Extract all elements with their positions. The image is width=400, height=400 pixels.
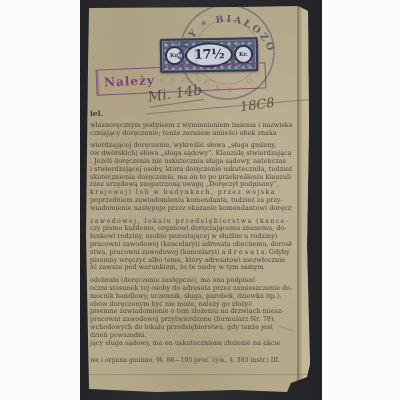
text-line: pisemny wręczyć albo temu, który adresat… (90, 257, 292, 265)
text-line: jący sługa sądowy, ma on uskutecznione z… (90, 340, 292, 348)
text-line: . Jeżeli doręczenia nie uskutecznia sług… (90, 158, 292, 166)
text-line: pisemne zawiadomienie o tem złożeniu na … (90, 308, 292, 316)
document-text-block: iel. własnoręcznym podpisem z wymienieni… (90, 110, 292, 365)
text-line: odebrała (doręczenie zastępcze), ma ona … (90, 277, 292, 285)
paper-fragment: iel. własnoręcznym podpisem z wymienieni… (86, 6, 310, 392)
text-line: łankowi rodziny, osobie pozostającej w s… (90, 233, 292, 241)
handstamp-text: Należy (104, 73, 155, 89)
text-line: poprzedniem zawiadomieniu komendanta, tu… (90, 197, 292, 205)
text-line: rzez urzędową zaopatrzoną uwagę „Doręczy… (90, 181, 292, 189)
text-line: ść zawsze pod warunkiem, że te osoby w t… (90, 264, 292, 272)
text-line: krajowej) lub w budynkach, przez wojska (90, 189, 292, 197)
text-line: czniający doręczenie; tenże zarazem umie… (90, 130, 292, 138)
text-line: pracowni zawodowej przytwierdzone (formu… (90, 316, 292, 324)
handstamp-faded-text: « o r: c … (159, 73, 218, 85)
text-line: wiadomienie następuje przez okazanie kom… (90, 205, 292, 213)
text-line: dzień powszedni. (90, 332, 292, 340)
text-line: wierdzającej doręczenie, wykreślić słowa… (90, 142, 292, 150)
horizontal-crease (86, 374, 310, 375)
text-line: zawodowej, lokalu przedsiębiorstwa (kanc… (90, 218, 292, 226)
text-line: wchodowych do lokalu przedsiębiorstwa, g… (90, 324, 292, 332)
text-line: mocnik handlowy, uczennik, sługa, parobe… (90, 293, 292, 301)
text-line: pracowni zawodowej (kancelaryi) adresata… (90, 241, 292, 249)
text-line: czy pismo każdemu, organowi doręczającem… (90, 225, 292, 233)
footnote-line: we i organa gminne, §§. 88—105 proc. cyw… (90, 357, 292, 365)
text-line: stwa, pracowni zawodowej (kancelaryi) a … (90, 249, 292, 257)
text-line: skutecznienia doręczenia, ma on to po pr… (90, 174, 292, 182)
text-line: obów doręczonym być nie może, należy go … (90, 301, 292, 309)
text-line: i stwierdzającej osoby, która doręczenie… (90, 166, 292, 174)
text-line: własnoręcznym podpisem z wymienieniem im… (90, 122, 292, 130)
document-lines: własnoręcznym podpisem z wymienieniem im… (90, 122, 292, 348)
text-line: ów dwórskich) słowa „sługa sądowy“. Klau… (90, 150, 292, 158)
text-line: oczni stosunek tej osoby do adresata prz… (90, 285, 292, 293)
